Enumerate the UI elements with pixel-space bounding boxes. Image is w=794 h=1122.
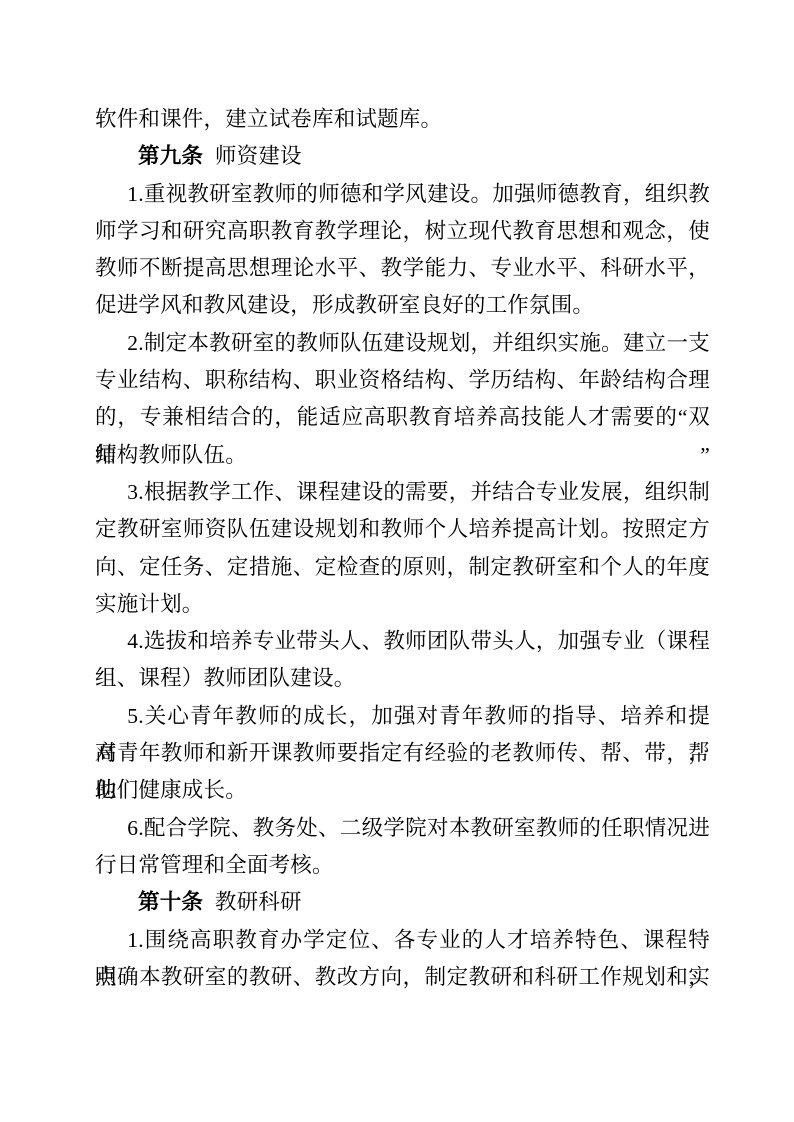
text-line: 教师不断提高思想理论水平、教学能力、专业水平、科研水平， (95, 250, 710, 287)
article-number: 第九条 (138, 144, 203, 168)
text-line: 2.制定本教研室的教师队伍建设规划，并组织实施。建立一支 (95, 325, 710, 362)
text-line: 专业结构、职称结构、职业资格结构、学历结构、年龄结构合理 (95, 362, 710, 399)
text-line: 定教研室师资队伍建设规划和教师个人培养提高计划。按照定方 (95, 511, 710, 548)
text-line: 向、定任务、定措施、定检查的原则，制定教研室和个人的年度 (95, 549, 710, 586)
article-title: 教研科研 (215, 890, 302, 914)
text-line: 组、课程）教师团队建设。 (95, 660, 710, 697)
text-line: 促进学风和教风建设，形成教研室良好的工作氛围。 (95, 287, 710, 324)
document-body: 软件和课件，建立试卷库和试题库。第九条师资建设1.重视教研室教师的师德和学风建设… (95, 101, 710, 996)
article-heading: 第九条师资建设 (95, 138, 710, 175)
article-title: 师资建设 (215, 144, 302, 168)
text-line: 的，专兼相结合的，能适应高职教育培养高技能人才需要的“双师” (95, 399, 710, 436)
text-line: 对青年教师和新开课教师要指定有经验的老教师传、帮、带，帮助 (95, 735, 710, 772)
text-line: 实施计划。 (95, 586, 710, 623)
article-number: 第十条 (138, 890, 203, 914)
text-line: 1.重视教研室教师的师德和学风建设。加强师德教育，组织教 (95, 176, 710, 213)
text-line: 明确本教研室的教研、教改方向，制定教研和科研工作规划和实 (95, 959, 710, 996)
document-page: 软件和课件，建立试卷库和试题库。第九条师资建设1.重视教研室教师的师德和学风建设… (0, 0, 794, 1122)
text-line: 他们健康成长。 (95, 772, 710, 809)
text-line: 软件和课件，建立试卷库和试题库。 (95, 101, 710, 138)
article-heading: 第十条教研科研 (95, 884, 710, 921)
text-line: 6.配合学院、教务处、二级学院对本教研室教师的任职情况进 (95, 810, 710, 847)
text-line: 行日常管理和全面考核。 (95, 847, 710, 884)
text-line: 1.围绕高职教育办学定位、各专业的人才培养特色、课程特点， (95, 922, 710, 959)
text-line: 师学习和研究高职教育教学理论，树立现代教育思想和观念，使 (95, 213, 710, 250)
text-line: 3.根据教学工作、课程建设的需要，并结合专业发展，组织制 (95, 474, 710, 511)
text-line: 5.关心青年教师的成长，加强对青年教师的指导、培养和提高， (95, 698, 710, 735)
text-line: 4.选拔和培养专业带头人、教师团队带头人，加强专业（课程 (95, 623, 710, 660)
